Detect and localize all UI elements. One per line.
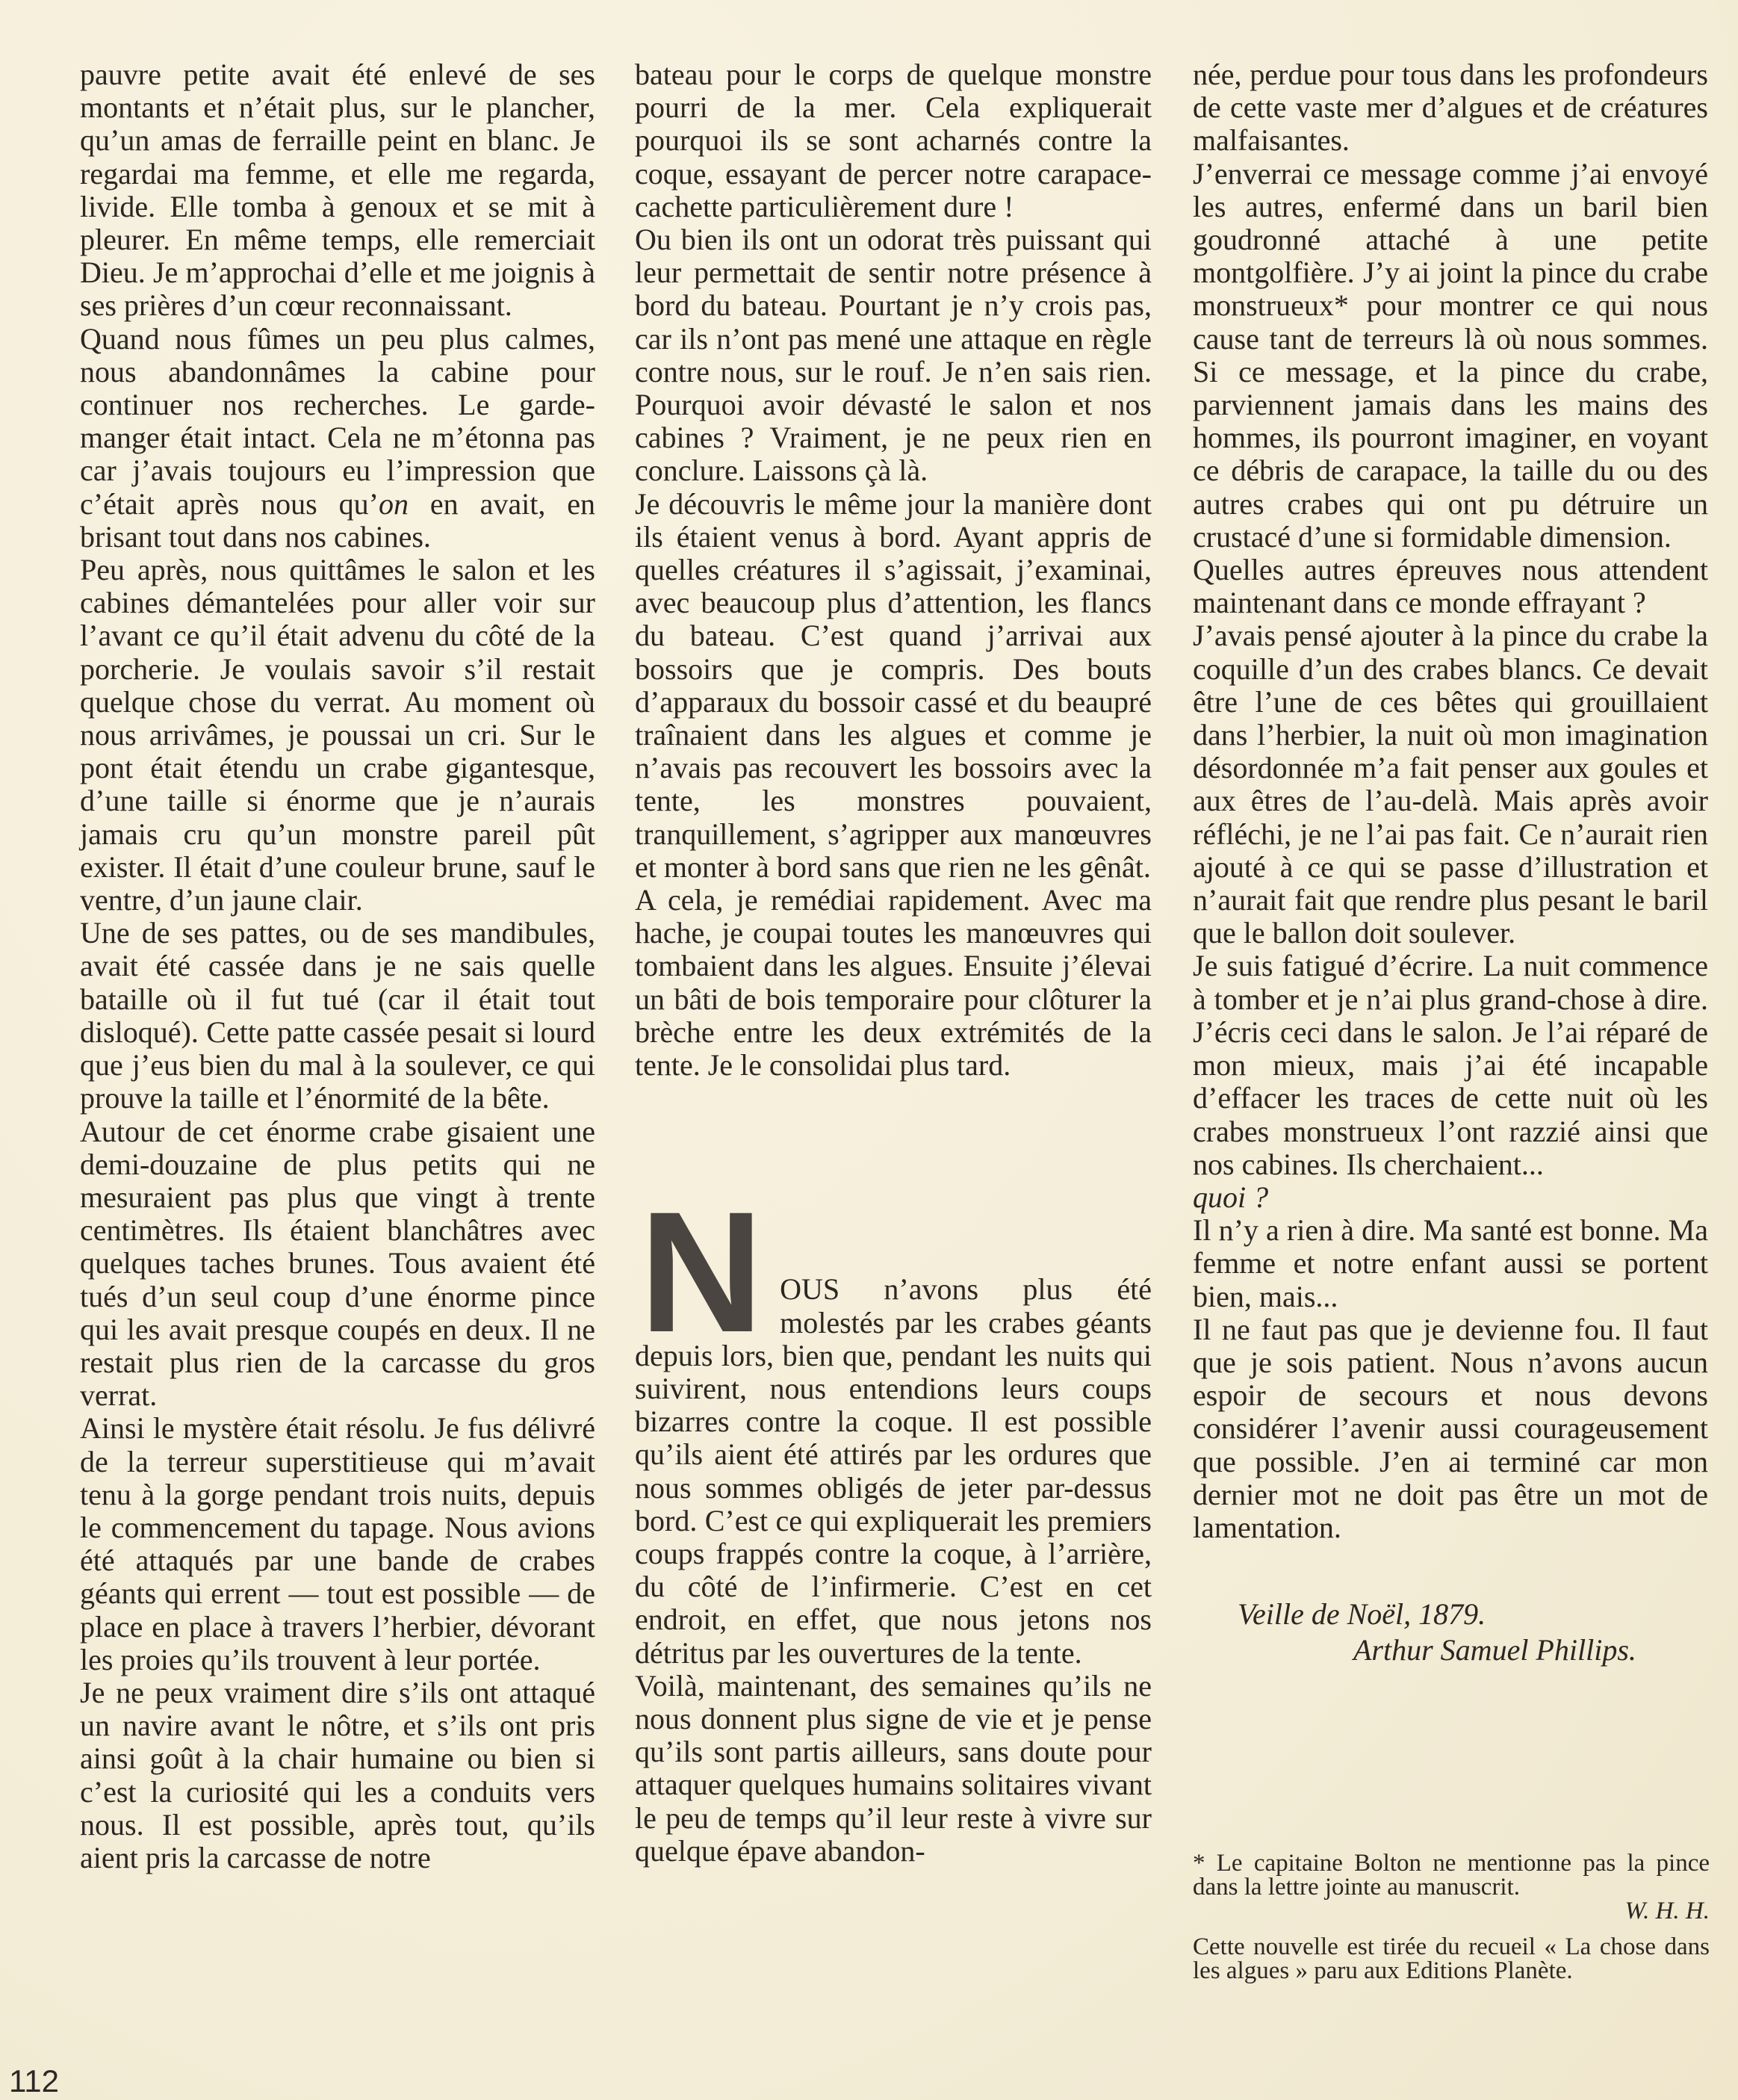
paragraph: J’enverrai ce message comme j’ai envoyé … [1193,158,1708,554]
paragraph: quoi ? [1193,1181,1708,1214]
section-opening-paragraph: N OUS n’avons plus été molestés par les … [635,1209,1152,1669]
column-3: née, perdue pour tous dans les profondeu… [1193,58,1708,1668]
signature-date: Veille de Noël, 1879. [1193,1596,1708,1632]
paragraph: Ou bien ils ont un odorat très puissant … [635,223,1152,488]
paragraph: Une de ses pattes, ou de ses mandibules,… [80,917,595,1115]
paragraph: Ainsi le mystère était résolu. Je fus dé… [80,1412,595,1676]
emphasis: quoi ? [1193,1180,1268,1214]
footnote-initials: W. H. H. [1193,1899,1710,1923]
paragraph: Il ne faut pas que je devienne fou. Il f… [1193,1313,1708,1544]
paragraph: née, perdue pour tous dans les profondeu… [1193,58,1708,158]
signature-block: Veille de Noël, 1879. Arthur Samuel Phil… [1193,1596,1708,1668]
paragraph: Quand nous fûmes un peu plus calmes, nou… [80,323,595,554]
paragraph: Je découvris le même jour la manière don… [635,488,1152,884]
source-note: Cette nouvelle est tirée du recueil « La… [1193,1935,1710,1983]
emphasis: on [379,487,409,521]
column-1: pauvre petite avait été enlevé de ses mo… [80,58,595,1874]
paragraph: pauvre petite avait été enlevé de ses mo… [80,58,595,323]
paragraph: Peu après, nous quittâmes le salon et le… [80,554,595,917]
paragraph: Je ne peux vraiment dire s’ils ont attaq… [80,1676,595,1874]
paragraph: J’avais pensé ajouter à la pince du crab… [1193,619,1708,950]
footnote: * Le capitaine Bolton ne mentionne pas l… [1193,1851,1710,1923]
paragraph: Autour de cet énorme crabe gisaient une … [80,1115,595,1413]
paragraph: Quelles autres épreuves nous attendent m… [1193,554,1708,619]
drop-cap: N [639,1209,763,1337]
paragraph: Je suis fatigué d’écrire. La nuit commen… [1193,950,1708,1180]
paragraph: A cela, je remédiai rapidement. Avec ma … [635,884,1152,1082]
footnote-text: * Le capitaine Bolton ne mentionne pas l… [1193,1851,1710,1899]
column-2: bateau pour le corps de quelque monstre … [635,58,1152,1868]
page-number: 112 [9,2063,59,2099]
signature-author: Arthur Samuel Phillips. [1193,1632,1708,1668]
paragraph: Voilà, maintenant, des semaines qu’ils n… [635,1670,1152,1868]
paragraph: bateau pour le corps de quelque monstre … [635,58,1152,223]
paragraph: Il n’y a rien à dire. Ma santé est bonne… [1193,1214,1708,1313]
